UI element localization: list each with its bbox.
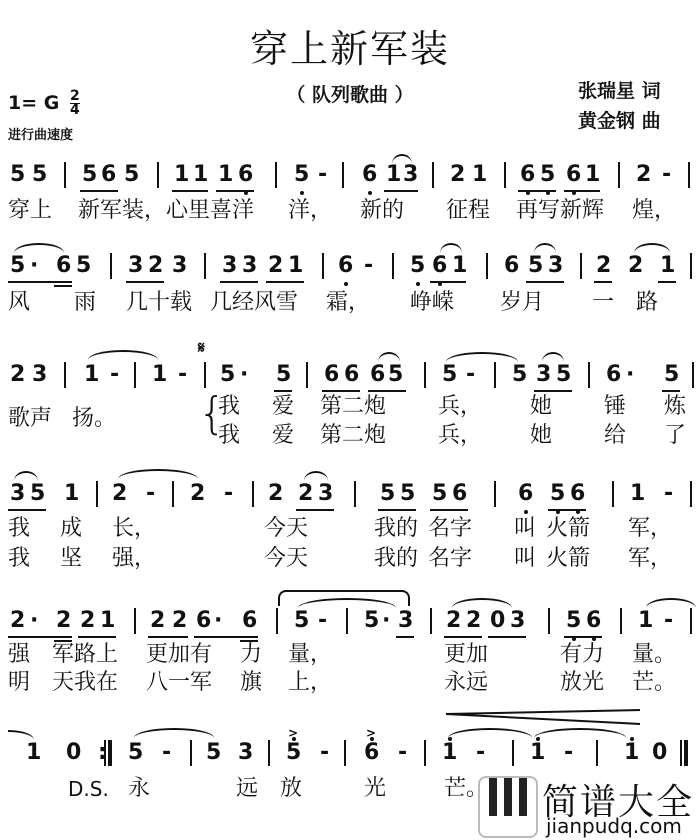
note: 5 — [128, 738, 143, 768]
barline — [392, 253, 394, 279]
note: 1 — [288, 251, 303, 281]
note: 1 — [624, 738, 639, 768]
lyric-verse-1: 更加 — [444, 642, 488, 668]
note: 0 — [652, 738, 667, 768]
note: 6 — [101, 160, 116, 190]
lyric-verse-2: 上， — [288, 670, 332, 696]
note: 6 — [504, 251, 519, 281]
lyric-verse-2: 强， — [112, 546, 156, 572]
note: - — [320, 738, 329, 768]
lyric-verse-1: 今天 — [264, 516, 308, 542]
repeat-barline — [104, 740, 106, 766]
piano-logo-icon — [478, 776, 538, 838]
note: 2 — [150, 606, 165, 636]
note: 5 — [556, 360, 571, 390]
ds-marking: D.S. — [68, 776, 109, 802]
note: 5 — [10, 251, 25, 281]
lyric-verse-2: 今天 — [264, 546, 308, 572]
final-barline — [684, 740, 688, 766]
final-barline — [680, 740, 682, 766]
note: 2 — [466, 606, 481, 636]
slur — [440, 243, 462, 253]
note: - — [178, 360, 187, 390]
note: 3 — [548, 251, 563, 281]
barline — [354, 481, 356, 507]
note: 5 — [286, 738, 301, 768]
beam — [220, 281, 258, 283]
slur — [304, 471, 328, 481]
barline — [64, 362, 66, 388]
beam — [148, 636, 188, 638]
lyric: 风 — [8, 290, 30, 316]
barline — [580, 253, 582, 279]
lyric-verse-1: 长， — [112, 516, 156, 542]
slur — [118, 469, 198, 479]
barline — [322, 253, 324, 279]
note: 6 — [344, 360, 359, 390]
lyric: 放 — [280, 776, 302, 802]
note: 5 — [32, 160, 47, 190]
note: 2 — [268, 251, 283, 281]
barline — [346, 608, 348, 634]
lyric-verse-1: 我的 — [374, 516, 418, 542]
note: 1 — [26, 738, 41, 768]
lyric-verse-2: 叫 — [514, 546, 536, 572]
barline — [690, 253, 692, 279]
note: 5 — [400, 479, 415, 509]
note: 1 — [152, 360, 167, 390]
beam — [322, 390, 360, 392]
note: 3 — [172, 251, 187, 281]
beam — [8, 636, 72, 638]
lyric-verse-1: 更加有 — [146, 642, 212, 668]
note: 2 — [172, 606, 187, 636]
barline — [588, 362, 590, 388]
lyric-verse-2: 她 — [530, 423, 552, 449]
beam — [378, 509, 416, 511]
lyric-verse-1: 名字 — [428, 516, 472, 542]
note: 0 — [490, 606, 505, 636]
lyric: 一 — [592, 290, 614, 316]
score-row-5: 2 · 2 2 1 2 2 6 · 6 5 - 5 · 3 2 2 0 3 5 … — [0, 606, 700, 640]
lyric-verse-1: 我 — [218, 394, 240, 420]
lyric-verse-1: 力 — [240, 642, 262, 668]
barline — [204, 253, 206, 279]
beam — [296, 509, 334, 511]
note: 6 — [56, 251, 71, 281]
beam — [594, 281, 612, 283]
barline — [690, 608, 692, 634]
beam — [368, 390, 406, 392]
note: 5 — [380, 479, 395, 509]
note: 6 — [324, 360, 339, 390]
barline — [134, 608, 136, 634]
note: - — [664, 479, 673, 509]
note: 1 — [218, 160, 233, 190]
barline — [252, 481, 254, 507]
lyric: 穿上 — [8, 198, 52, 224]
note: 3 — [242, 251, 257, 281]
note: 1 — [452, 251, 467, 281]
barline — [690, 481, 692, 507]
note: 5 — [550, 479, 565, 509]
note: 5 — [566, 606, 581, 636]
note: 1 — [100, 606, 115, 636]
note: 1 — [64, 479, 79, 509]
beam — [658, 281, 676, 283]
note: 6 — [362, 160, 377, 190]
beam — [396, 636, 414, 638]
note: 1 — [174, 160, 189, 190]
lyric-verse-2: 了 — [664, 423, 686, 449]
note: 2 — [112, 479, 127, 509]
barline — [306, 362, 308, 388]
lyric-verse-2: 永远 — [444, 670, 488, 696]
barline — [342, 162, 344, 188]
lyric: 再写新辉 — [516, 198, 604, 224]
note: 1 — [530, 738, 545, 768]
note: - — [466, 360, 475, 390]
beam — [430, 509, 468, 511]
lyric-verse-2: 我 — [8, 546, 30, 572]
note: 6 — [520, 160, 535, 190]
barline — [134, 362, 136, 388]
note: - — [476, 738, 485, 768]
lyric-verse-2: 放光 — [560, 670, 604, 696]
score-row-3: 2 3 1 - 1 - 𝄋 5 · 5 6 6 6 5 5 - 5 3 5 6 … — [0, 360, 700, 394]
barline — [494, 362, 496, 388]
note: 2 — [268, 479, 283, 509]
note: - — [318, 160, 327, 190]
note: 6 — [196, 606, 211, 636]
barline — [64, 162, 66, 188]
lyric-verse-2: 火箭 — [546, 546, 590, 572]
beam — [444, 636, 482, 638]
note: 5 — [364, 606, 379, 636]
note: 0 — [66, 738, 81, 768]
lyric-verse-1: 爱 — [272, 394, 294, 420]
lyric-verse-1: 兵， — [438, 394, 482, 420]
dot: · — [240, 360, 248, 390]
lyric: 洋， — [288, 198, 332, 224]
note: - — [318, 606, 327, 636]
beam — [384, 190, 418, 192]
note: 6 — [452, 479, 467, 509]
composer: 黄金钢 曲 — [578, 106, 661, 136]
barline — [204, 362, 206, 388]
note: 6 — [606, 360, 621, 390]
lyric-verse-2: 军， — [628, 546, 672, 572]
note: 6 — [370, 360, 385, 390]
note: 1 — [660, 251, 675, 281]
lyric-verse-2: 旗 — [240, 670, 262, 696]
barline — [688, 162, 690, 188]
note: 5 — [124, 160, 139, 190]
score-row-2: 5 · 6 5 3 2 3 3 3 2 1 6 - 5 6 1 6 5 3 2 … — [0, 251, 700, 285]
note: 1 — [585, 160, 600, 190]
barline — [432, 162, 434, 188]
note: 6 — [338, 251, 353, 281]
note: 3 — [222, 251, 237, 281]
barline — [424, 362, 426, 388]
note: 3 — [128, 251, 143, 281]
beam — [8, 509, 46, 511]
lyric-verse-1: 锤 — [604, 394, 626, 420]
note: 1 — [84, 360, 99, 390]
score-row-4: 3 5 1 2 - 2 - 2 2 3 5 5 5 6 6 5 6 1 - — [0, 479, 700, 513]
note: - — [110, 360, 119, 390]
note: 6 — [432, 251, 447, 281]
note: 3 — [510, 606, 525, 636]
note: 2 — [56, 606, 71, 636]
note: 6 — [566, 160, 581, 190]
barline — [190, 740, 192, 766]
key-label: 1= G — [8, 92, 59, 114]
lyric: 煌， — [632, 198, 676, 224]
note: 6 — [570, 479, 585, 509]
beam — [274, 390, 292, 392]
note: 1 — [472, 160, 487, 190]
note: 2 — [636, 160, 651, 190]
barline — [486, 253, 488, 279]
note: 3 — [403, 160, 418, 190]
lyric-verse-2: 天我在 — [52, 670, 118, 696]
lyric: 新军装，心里喜洋 — [78, 198, 254, 224]
lyric-verse-1: 成 — [60, 516, 82, 542]
barline — [494, 481, 496, 507]
slur — [88, 350, 158, 360]
note: 2 — [596, 251, 611, 281]
note: 5 — [664, 360, 679, 390]
barline — [620, 608, 622, 634]
lyric-verse-1: 火箭 — [546, 516, 590, 542]
barline — [268, 740, 270, 766]
barline — [692, 362, 694, 388]
lyric: 歌声 — [8, 406, 52, 432]
lyric-verse-2: 爱 — [272, 423, 294, 449]
lyric-verse-2: 我的 — [374, 546, 418, 572]
lyric-verse-1: 量。 — [632, 642, 676, 668]
slur — [542, 352, 564, 362]
note: 5 — [388, 360, 403, 390]
slur — [634, 243, 670, 253]
dot: · — [30, 606, 38, 636]
beam — [526, 281, 564, 283]
lyric-verse-1: 军， — [628, 516, 672, 542]
beam — [662, 390, 680, 392]
lyric-verse-2: 八一军 — [146, 670, 212, 696]
note: - — [146, 479, 155, 509]
note: 5 — [410, 251, 425, 281]
note: 2 — [80, 606, 95, 636]
score-row-6: 1 0 : 5 - 5 3 > 5 - > 6 - 1 - 1 - 1 0 — [0, 738, 700, 772]
beam — [518, 190, 556, 192]
lyric-verse-1: 她 — [530, 394, 552, 420]
note: 2 — [298, 479, 313, 509]
beam — [534, 390, 572, 392]
note: 6 — [364, 738, 379, 768]
note: 5 — [540, 160, 555, 190]
beam — [80, 190, 118, 192]
note: 1 — [630, 479, 645, 509]
barline — [612, 481, 614, 507]
lyric-verse-2: 坚 — [60, 546, 82, 572]
beam — [126, 281, 164, 283]
beam — [8, 281, 72, 283]
note: - — [564, 738, 573, 768]
beam — [430, 281, 466, 283]
dot: · — [214, 606, 222, 636]
note: 1 — [442, 738, 457, 768]
time-signature: 2 4 — [70, 90, 80, 117]
lyric-verse-2: 第二炮 — [320, 423, 386, 449]
note: - — [162, 738, 171, 768]
lyric: 光 — [364, 776, 386, 802]
note: 6 — [518, 479, 533, 509]
lyric: 扬。 — [72, 406, 116, 432]
barline — [110, 253, 112, 279]
barline — [430, 608, 432, 634]
note: 5 — [76, 251, 91, 281]
note: 5 — [512, 360, 527, 390]
lyric: 远 — [236, 776, 258, 802]
slur — [378, 352, 400, 362]
barline — [276, 608, 278, 634]
dot: · — [382, 606, 390, 636]
barline — [424, 740, 426, 766]
note: 2 — [628, 251, 643, 281]
beam — [78, 636, 116, 638]
slur — [392, 154, 412, 164]
note: 2 — [450, 160, 465, 190]
lyric-verse-2: 我 — [218, 423, 240, 449]
note: 5 — [432, 479, 447, 509]
lyric-verse-1: 第二炮 — [320, 394, 386, 420]
beam — [54, 285, 72, 287]
note: 5 — [442, 360, 457, 390]
note: 3 — [398, 606, 413, 636]
barline — [596, 740, 598, 766]
beam — [548, 509, 586, 511]
note: 5 — [206, 738, 221, 768]
score-row-1: 5 5 5 6 5 1 1 1 6 5 - 6 1 3 2 1 6 5 6 1 … — [0, 160, 700, 194]
note: 6 — [242, 606, 257, 636]
note: 2 — [190, 479, 205, 509]
dot: · — [626, 360, 634, 390]
repeat-barline — [108, 740, 112, 766]
note: 5 — [528, 251, 543, 281]
lyric: 几经风雪 — [210, 290, 298, 316]
lyric: 永 — [128, 776, 150, 802]
note: 1 — [386, 160, 401, 190]
note: 2 — [10, 360, 25, 390]
key-signature: 1= G 2 4 — [8, 90, 80, 117]
lyric-verse-1: 军路上 — [52, 642, 118, 668]
segno-icon: 𝄋 — [198, 338, 205, 358]
note: - — [662, 160, 671, 190]
lyric: 峥嵘 — [410, 290, 454, 316]
lyric: 路 — [636, 290, 658, 316]
barline — [275, 162, 277, 188]
beam — [488, 636, 526, 638]
beam — [266, 281, 304, 283]
lyric-verse-1: 量， — [288, 642, 332, 668]
barline — [96, 481, 98, 507]
note: 5 — [30, 479, 45, 509]
beam — [564, 190, 600, 192]
note: 2 — [10, 606, 25, 636]
credits: 张瑞星 词 黄金钢 曲 — [578, 76, 661, 136]
barline — [157, 162, 159, 188]
note: 6 — [586, 606, 601, 636]
note: 2 — [446, 606, 461, 636]
beam — [194, 636, 258, 638]
note: 5 — [294, 160, 309, 190]
barline — [548, 608, 550, 634]
note: - — [364, 251, 373, 281]
song-title: 穿上新军装 — [0, 18, 700, 73]
dot: · — [30, 251, 38, 281]
slur — [534, 243, 556, 253]
note: 2 — [148, 251, 163, 281]
lyric: 几十载 — [126, 290, 192, 316]
note: 3 — [238, 738, 253, 768]
lyric-verse-1: 有力 — [560, 642, 604, 668]
note: - — [398, 738, 407, 768]
note: 5 — [276, 360, 291, 390]
lyric-verse-2: 芒。 — [632, 670, 676, 696]
lyric: 岁月 — [500, 290, 544, 316]
lyric-verse-1: 叫 — [514, 516, 536, 542]
lyricist: 张瑞星 词 — [578, 76, 661, 106]
slur — [134, 728, 214, 738]
note: 1 — [638, 606, 653, 636]
note: 1 — [193, 160, 208, 190]
lyric-verse-2: 给 — [604, 423, 626, 449]
beam — [564, 636, 602, 638]
tempo-marking: 进行曲速度 — [8, 124, 73, 143]
note: 6 — [238, 160, 253, 190]
lyric: 雨 — [74, 290, 96, 316]
lyric-verse-1: 强 — [8, 642, 30, 668]
lyric-verse-2: 名字 — [428, 546, 472, 572]
barline — [172, 481, 174, 507]
note: - — [664, 606, 673, 636]
barline — [618, 162, 620, 188]
watermark-url: jianpudq.com — [546, 814, 682, 838]
barline — [512, 740, 514, 766]
barline — [344, 740, 346, 766]
note: 5 — [10, 160, 25, 190]
note: 5 — [294, 606, 309, 636]
barline — [504, 162, 506, 188]
lyric-verse-2: 明 — [8, 670, 30, 696]
lyric: 新的 — [360, 198, 404, 224]
lyric: 征程 — [446, 198, 490, 224]
note: 5 — [220, 360, 235, 390]
lyric-verse-1: 炼 — [664, 394, 686, 420]
lyric: 霜， — [326, 290, 370, 316]
note: 3 — [536, 360, 551, 390]
beam — [172, 190, 208, 192]
lyric-verse-2: 兵， — [438, 423, 482, 449]
note: 5 — [82, 160, 97, 190]
lyric-verse-1: 我 — [8, 516, 30, 542]
beam — [216, 190, 254, 192]
note: 3 — [318, 479, 333, 509]
note: 3 — [10, 479, 25, 509]
note: 3 — [32, 360, 47, 390]
